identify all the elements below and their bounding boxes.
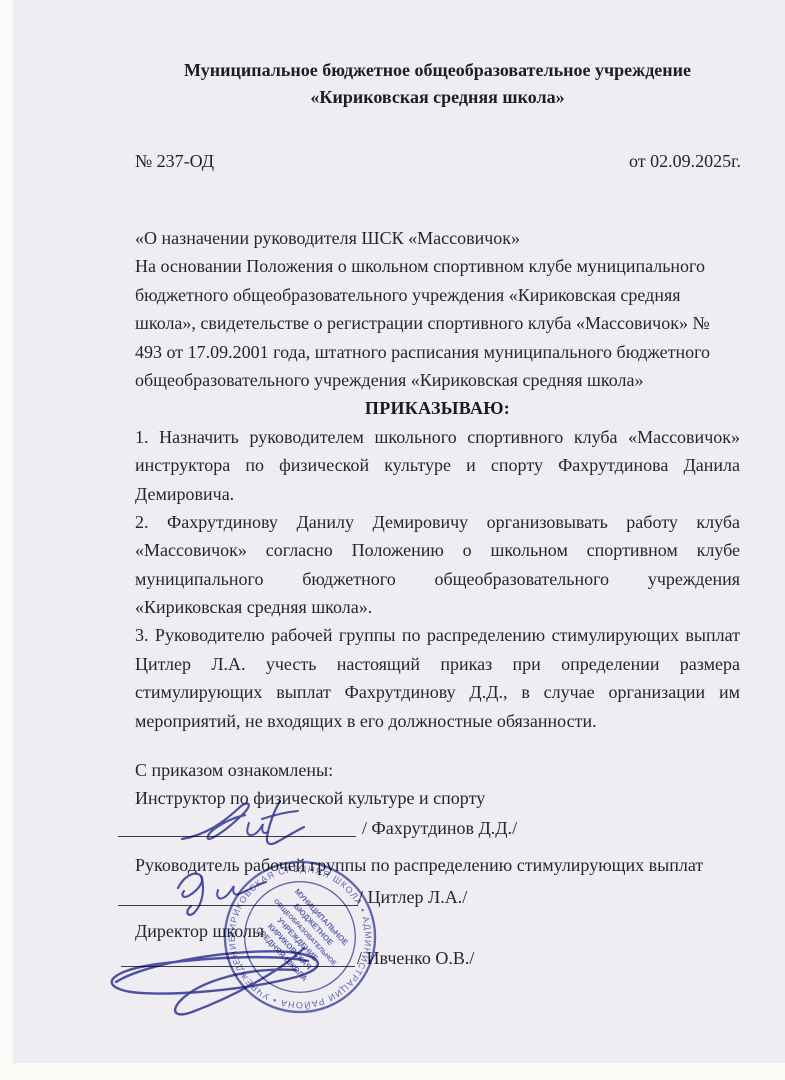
item2-line: муниципального бюджетного общеобразовате… xyxy=(135,565,740,593)
official-stamp: КИРИКОВСКАЯ СРЕДНЯЯ ШКОЛА • АДМИНИСТРАЦИ… xyxy=(221,858,379,1016)
organization-name-line2: «Кириковская средняя школа» xyxy=(135,84,740,111)
preamble-line: общеобразовательного учреждения «Кириков… xyxy=(135,366,740,394)
order-meta-row: № 237-ОД от 02.09.2025г. xyxy=(135,151,741,172)
item3-line: 3. Руководителю рабочей группы по распре… xyxy=(135,621,740,649)
order-word: ПРИКАЗЫВАЮ: xyxy=(135,394,740,422)
item2-line: «Кириковская средняя школа». xyxy=(135,593,740,621)
item1-line: инструктора по физической культуре и спо… xyxy=(135,451,740,479)
item3-line: стимулирующих выплат Фахрутдинову Д.Д., … xyxy=(135,678,740,706)
preamble-line: На основании Положения о школьном спорти… xyxy=(135,252,740,280)
preamble-line: школа», свидетельстве о регистрации спор… xyxy=(135,309,740,337)
signature1-ink-icon xyxy=(178,797,320,849)
organization-name-line1: Муниципальное бюджетное общеобразователь… xyxy=(135,57,740,84)
order-date: от 02.09.2025г. xyxy=(629,151,741,172)
organization-header: Муниципальное бюджетное общеобразователь… xyxy=(135,57,740,111)
scanned-order-page: Муниципальное бюджетное общеобразователь… xyxy=(0,0,785,1080)
item3-line: мероприятий, не входящих в его должностн… xyxy=(135,707,740,735)
order-body: «О назначении руководителя ШСК «Массович… xyxy=(135,224,740,735)
preamble-line: 493 от 17.09.2001 года, штатного расписа… xyxy=(135,338,740,366)
acknowledgement-heading: С приказом ознакомлены: xyxy=(135,760,333,781)
scan-edge-bottom xyxy=(0,1063,785,1080)
preamble-line: бюджетного общеобразовательного учрежден… xyxy=(135,281,740,309)
item1-line: 1. Назначить руководителем школьного спо… xyxy=(135,423,740,451)
item3-line: Цитлер Л.А. учесть настоящий приказ при … xyxy=(135,650,740,678)
item2-line: «Массовичок» согласно Положению о школьн… xyxy=(135,536,740,564)
order-title: «О назначении руководителя ШСК «Массович… xyxy=(135,224,740,252)
item1-line: Демировича. xyxy=(135,480,740,508)
item2-line: 2. Фахрутдинову Данилу Демировичу органи… xyxy=(135,508,740,536)
signatory1-name: / Фахрутдинов Д.Д./ xyxy=(362,818,517,839)
order-number: № 237-ОД xyxy=(135,151,214,172)
scan-edge-left xyxy=(0,0,13,1080)
